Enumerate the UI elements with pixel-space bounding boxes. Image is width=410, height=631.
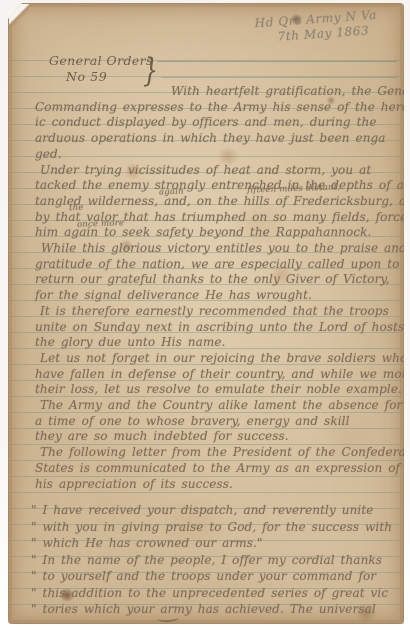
manuscript-line: they are so much indebted for success.	[35, 429, 407, 445]
manuscript-line: " which He has crowned our arms."	[31, 535, 403, 552]
pencil-heading: Hd Qrs Army N Va 7th May 1863	[254, 6, 406, 46]
manuscript-line: " to yourself and the troops under your …	[31, 568, 403, 585]
order-title: General Orders	[49, 53, 153, 68]
scan-background: { "palette": { "scan_background": "#f6f5…	[0, 0, 410, 631]
interlinear-insertion: the	[69, 203, 84, 214]
torn-corner	[9, 4, 29, 26]
manuscript-line: ged.	[35, 147, 407, 163]
manuscript-line: arduous operations in which they have ju…	[35, 131, 407, 147]
manuscript-line: the glory due unto His name.	[35, 335, 407, 351]
order-number: No 59	[66, 69, 107, 84]
quoted-president-letter: " I have received your dispatch, and rev…	[31, 502, 403, 618]
manuscript-line: for the signal deliverance He has wrough…	[35, 288, 407, 304]
manuscript-line: While this glorious victory entitles you…	[35, 241, 407, 257]
manuscript-line: ic conduct displayed by officers and men…	[35, 115, 407, 131]
heading-rule-line	[161, 77, 397, 78]
interlinear-insertion: once more	[77, 218, 124, 230]
manuscript-line: It is therefore earnestly recommended th…	[35, 304, 407, 320]
manuscript-line: The Army and the Country alike lament th…	[35, 398, 407, 414]
cut-off-writing-fragment	[157, 613, 179, 622]
manuscript-line: " with you in giving praise to God, for …	[31, 519, 403, 536]
manuscript-line: tangled wilderness, and, on the hills of…	[35, 194, 407, 210]
manuscript-line: The following letter from the President …	[35, 445, 407, 461]
manuscript-line: " In the name of the people, I offer my …	[31, 552, 403, 569]
manuscript-line: unite on Sunday next in ascribing unto t…	[35, 320, 407, 336]
manuscript-line: " tories which your army has achieved. T…	[31, 601, 403, 618]
manuscript-line: their loss, let us resolve to emulate th…	[35, 382, 407, 398]
interlinear-insertion: again	[159, 187, 184, 198]
manuscript-line: Let us not forget in our rejoicing the b…	[35, 351, 407, 367]
manuscript-line: States is communicated to the Army as an…	[35, 461, 407, 477]
manuscript-line: With heartfelt gratification, the Genera…	[35, 84, 407, 100]
manuscript-line: Commanding expresses to the Army his sen…	[35, 100, 407, 116]
manuscript-line: tacked the enemy strongly entrenched in …	[35, 178, 407, 194]
manuscript-line: a time of one to whose bravery, energy a…	[35, 414, 407, 430]
manuscript-body: With heartfelt gratification, the Genera…	[35, 84, 407, 492]
manuscript-line: gratitude of the nation, we are especial…	[35, 257, 407, 273]
manuscript-line: Under trying vicissitudes of heat and st…	[35, 163, 407, 179]
manuscript-line: his appreciation of its success.	[35, 477, 407, 493]
manuscript-line: " I have received your dispatch, and rev…	[31, 502, 403, 519]
manuscript-line: return our grateful thanks to the only G…	[35, 272, 407, 288]
manuscript-paper: Hd Qrs Army N Va 7th May 1863 General Or…	[8, 3, 404, 624]
manuscript-line: have fallen in defense of their country,…	[35, 367, 407, 383]
heading-rule-line	[157, 61, 397, 62]
manuscript-line: " this addition to the unprecedented ser…	[31, 585, 403, 602]
